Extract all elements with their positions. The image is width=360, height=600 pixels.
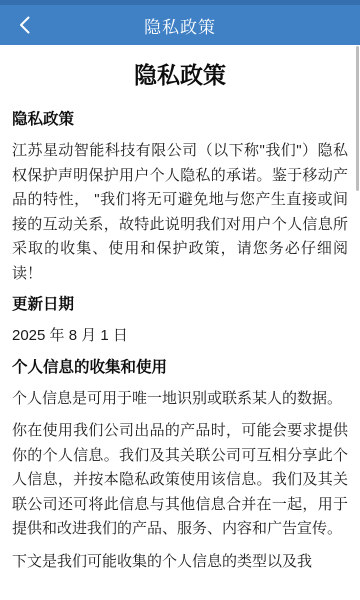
section-heading-info-collection: 个人信息的收集和使用: [12, 357, 348, 378]
back-chevron-icon: [16, 15, 36, 35]
privacy-intro-paragraph: 江苏星动智能科技有限公司（以下称"我们"）隐私权保护声明保护用户个人隐私的承诺。…: [12, 139, 348, 286]
info-types-paragraph: 下文是我们可能收集的个人信息的类型以及我: [12, 550, 348, 575]
scrollbar-thumb[interactable]: [356, 46, 359, 191]
info-definition-paragraph: 个人信息是可用于唯一地识别或联系某人的数据。: [12, 387, 348, 412]
info-usage-paragraph: 你在使用我们公司出品的产品时，可能会要求提供你的个人信息。我们及其关联公司可互相…: [12, 419, 348, 542]
page-title: 隐私政策: [12, 61, 348, 89]
update-date-value: 2025 年 8 月 1 日: [12, 324, 348, 349]
section-heading-update-date: 更新日期: [12, 294, 348, 315]
content-area[interactable]: 隐私政策 隐私政策 江苏星动智能科技有限公司（以下称"我们"）隐私权保护声明保护…: [0, 45, 360, 574]
app-bar: 隐私政策: [0, 5, 360, 45]
back-button[interactable]: [6, 5, 46, 45]
privacy-policy-screen: 隐私政策 隐私政策 隐私政策 江苏星动智能科技有限公司（以下称"我们"）隐私权保…: [0, 0, 360, 600]
app-bar-title: 隐私政策: [144, 13, 216, 38]
section-heading-privacy-policy: 隐私政策: [12, 109, 348, 130]
